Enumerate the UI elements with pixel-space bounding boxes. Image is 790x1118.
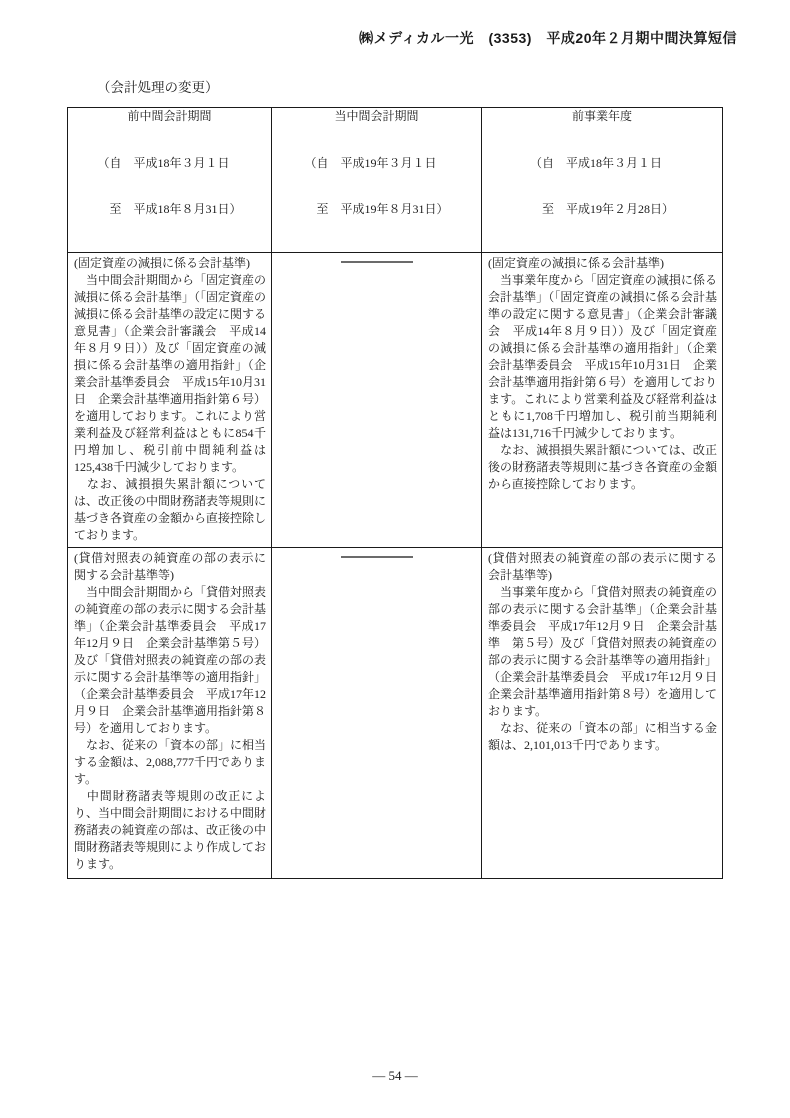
table-header-row: 前中間会計期間 （自 平成18年３月１日 至 平成18年８月31日） 当中間会計… [68,108,723,253]
column-title: 前事業年度 [484,109,720,125]
paragraph: なお、従来の「資本の部」に相当する金額は、2,088,777千円であります。 [74,737,266,788]
paragraph: 当事業年度から「固定資産の減損に係る会計基準」（「固定資産の減損に係る会計基準の… [488,272,717,442]
cell-current-interim-net-assets [272,547,482,878]
paragraph: 当中間会計期間から「固定資産の減損に係る会計基準」（「固定資産の減損に係る会計基… [74,272,266,476]
cell-prev-fiscal-net-assets: (貸借対照表の純資産の部の表示に関する会計基準等) 当事業年度から「貸借対照表の… [482,547,723,878]
no-entry-dash [341,261,413,263]
column-period: （自 平成18年３月１日 至 平成19年２月28日） [530,125,674,249]
paragraph: 当事業年度から「貸借対照表の純資産の部の表示に関する会計基準」（企業会計基準委員… [488,584,717,720]
paragraph: (固定資産の減損に係る会計基準) [488,255,717,272]
column-header-current-interim-period: 当中間会計期間 （自 平成19年３月１日 至 平成19年８月31日） [272,108,482,253]
page-number: ― 54 ― [0,1068,790,1084]
period-from: （自 平成18年３月１日 [97,156,241,172]
section-title-accounting-changes: （会計処理の変更） [97,76,219,96]
paragraph: (固定資産の減損に係る会計基準) [74,255,266,272]
paragraph: なお、減損損失累計額については、改正後の財務諸表等規則に基づき各資産の金額から直… [488,442,717,493]
period-from: （自 平成19年３月１日 [304,156,448,172]
cell-prev-interim-impairment: (固定資産の減損に係る会計基準) 当中間会計期間から「固定資産の減損に係る会計基… [68,252,272,547]
paragraph: なお、従来の「資本の部」に相当する金額は、2,101,013千円であります。 [488,720,717,754]
column-header-prev-interim-period: 前中間会計期間 （自 平成18年３月１日 至 平成18年８月31日） [68,108,272,253]
cell-current-interim-impairment [272,252,482,547]
paragraph: 当中間会計期間から「貸借対照表の純資産の部の表示に関する会計基準」（企業会計基準… [74,584,266,737]
column-header-prev-fiscal-year: 前事業年度 （自 平成18年３月１日 至 平成19年２月28日） [482,108,723,253]
table-row-impairment-standard: (固定資産の減損に係る会計基準) 当中間会計期間から「固定資産の減損に係る会計基… [68,252,723,547]
column-title: 当中間会計期間 [274,109,479,125]
cell-prev-fiscal-impairment: (固定資産の減損に係る会計基準) 当事業年度から「固定資産の減損に係る会計基準」… [482,252,723,547]
paragraph: 中間財務諸表等規則の改正により、当中間会計期間における中間財務諸表の純資産の部は… [74,788,266,873]
period-to: 至 平成19年８月31日） [304,202,448,218]
paragraph: (貸借対照表の純資産の部の表示に関する会計基準等) [74,550,266,584]
accounting-changes-table: 前中間会計期間 （自 平成18年３月１日 至 平成18年８月31日） 当中間会計… [67,107,723,879]
paragraph: なお、減損損失累計額については、改正後の中間財務諸表等規則に基づき各資産の金額か… [74,476,266,544]
cell-prev-interim-net-assets: (貸借対照表の純資産の部の表示に関する会計基準等) 当中間会計期間から「貸借対照… [68,547,272,878]
period-to: 至 平成18年８月31日） [97,202,241,218]
period-to: 至 平成19年２月28日） [530,202,674,218]
document-header-title: ㈱メディカル一光 (3353) 平成20年２月期中間決算短信 [0,28,737,48]
column-title: 前中間会計期間 [70,109,269,125]
table-row-net-assets-presentation: (貸借対照表の純資産の部の表示に関する会計基準等) 当中間会計期間から「貸借対照… [68,547,723,878]
period-from: （自 平成18年３月１日 [530,156,674,172]
no-entry-dash [341,556,413,558]
column-period: （自 平成18年３月１日 至 平成18年８月31日） [97,125,241,249]
paragraph: (貸借対照表の純資産の部の表示に関する会計基準等) [488,550,717,584]
column-period: （自 平成19年３月１日 至 平成19年８月31日） [304,125,448,249]
